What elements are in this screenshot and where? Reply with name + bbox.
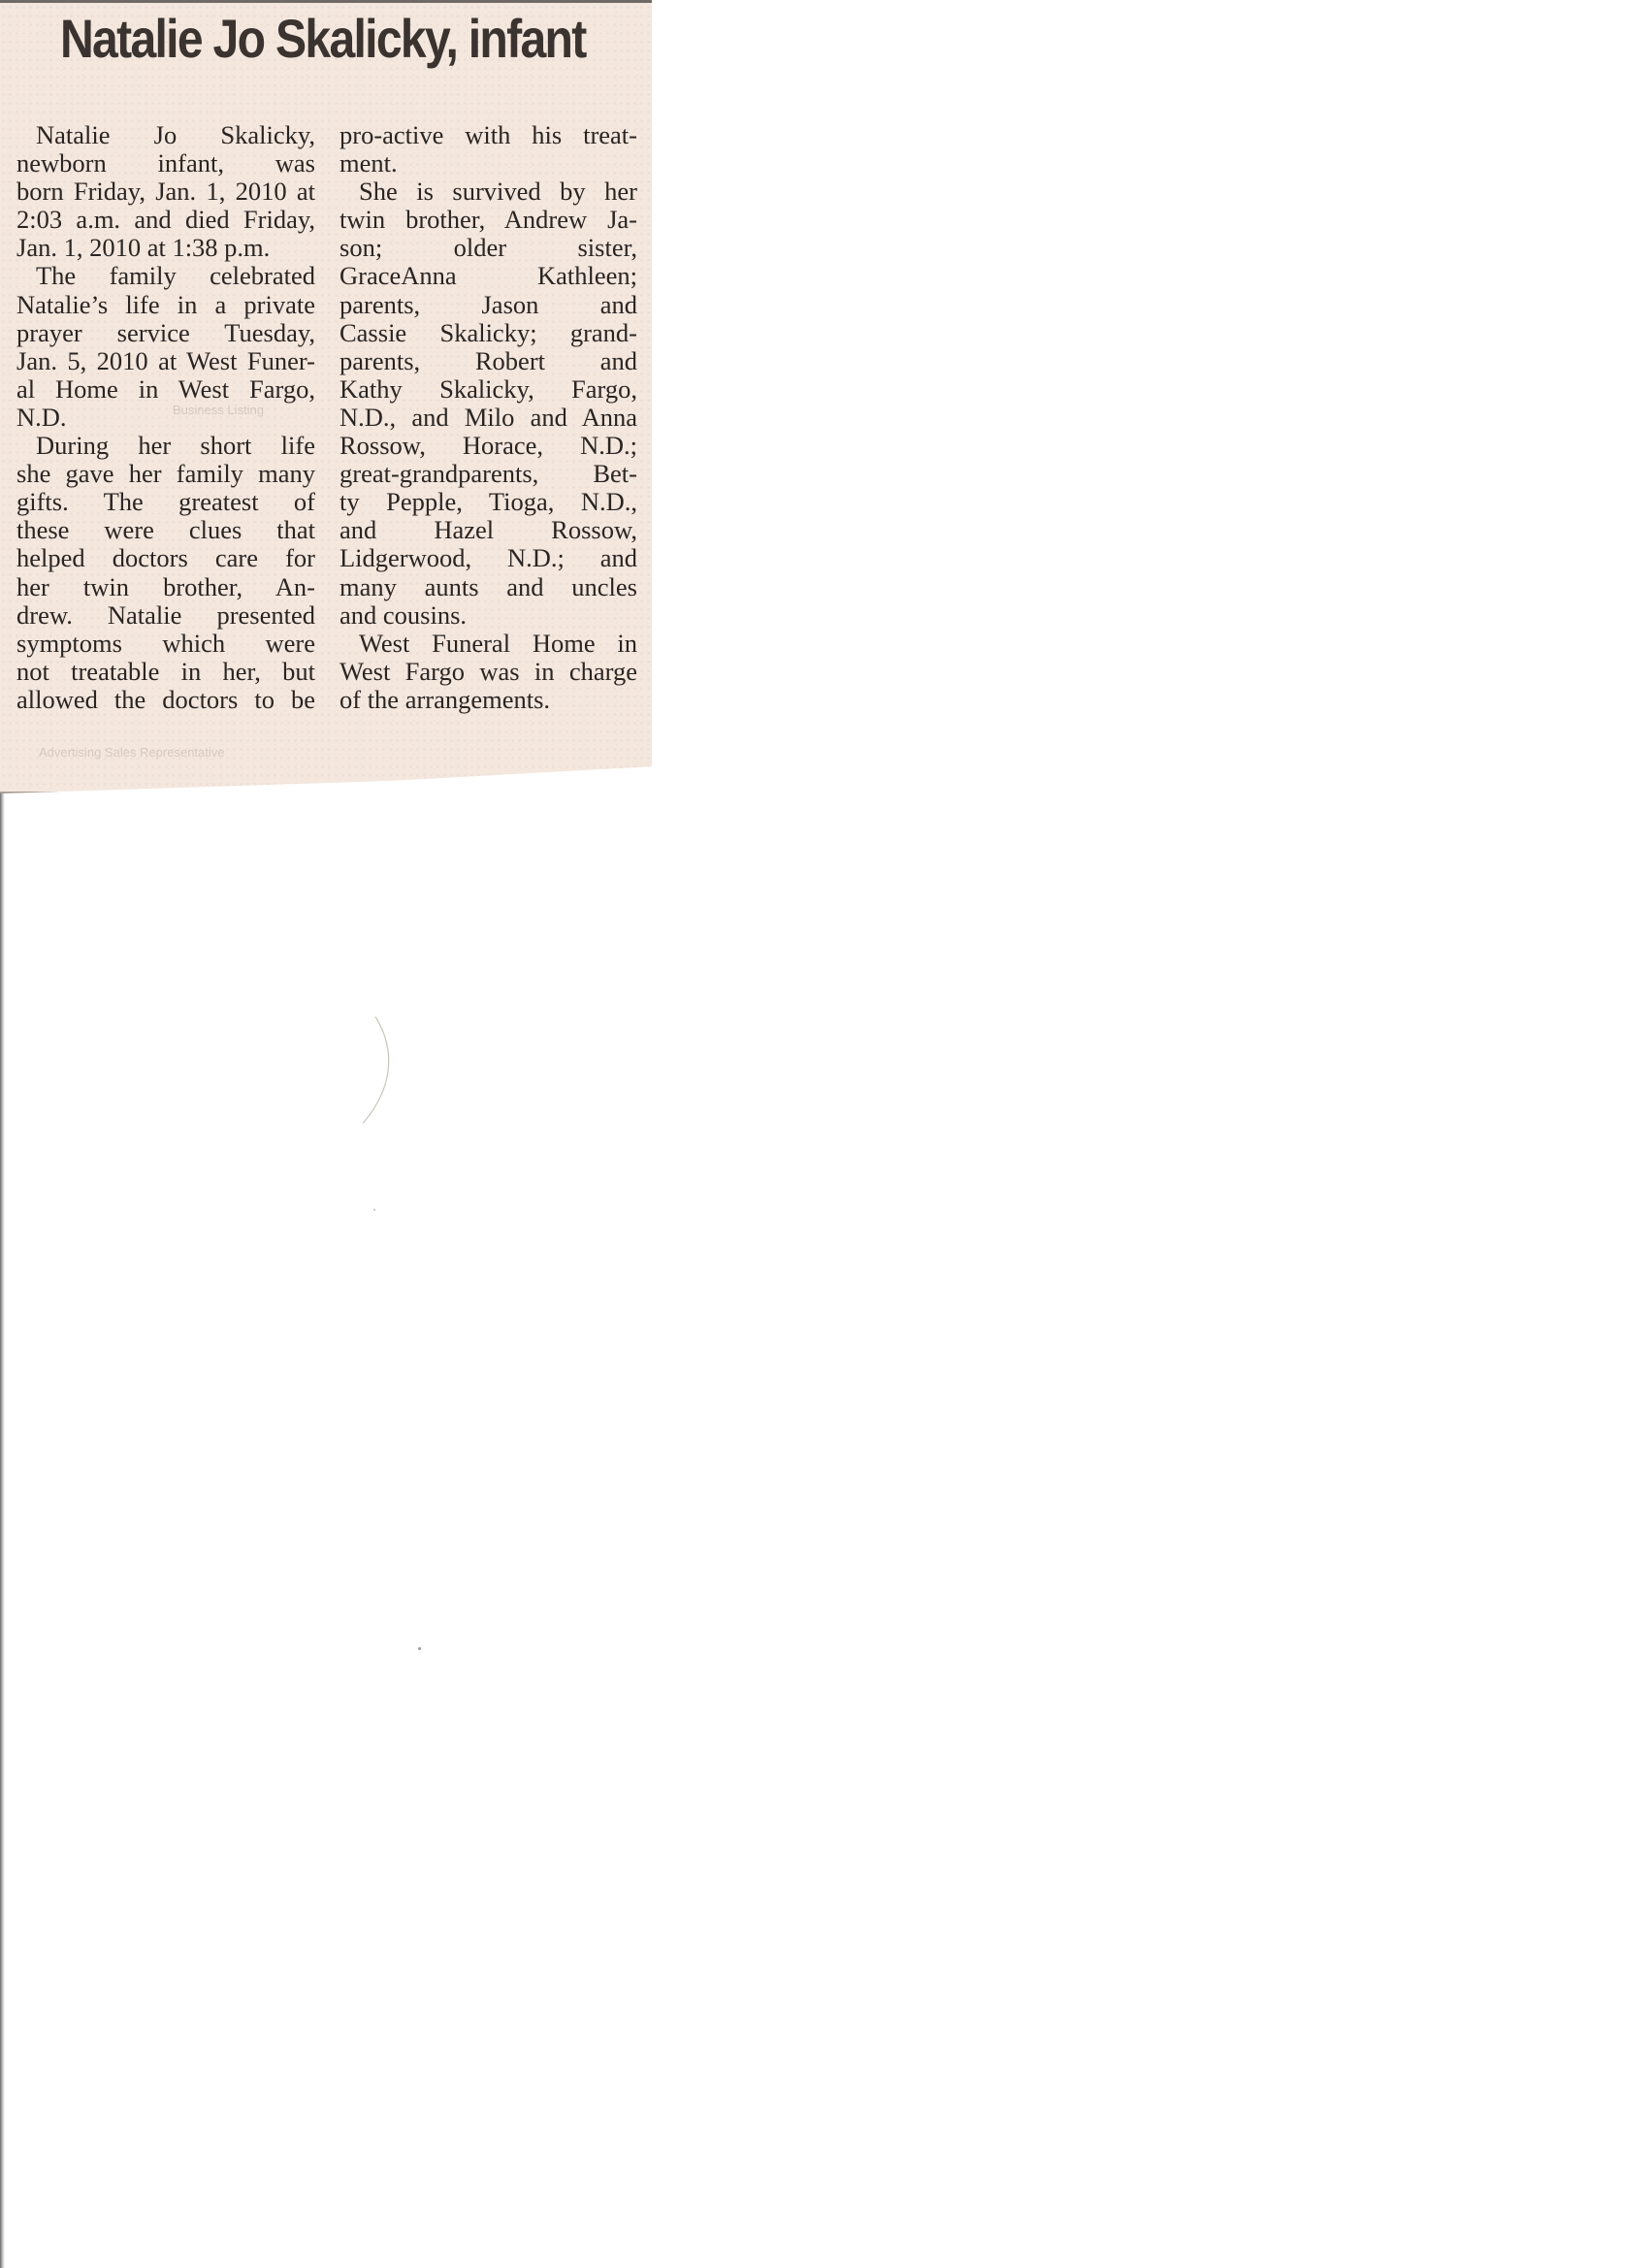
obituary-text-line: these were clues that xyxy=(16,516,315,544)
obituary-text-line: Natalie Jo Skalicky, xyxy=(16,121,315,149)
obituary-text-line: Rossow, Horace, N.D.; xyxy=(339,432,637,460)
obituary-text-line: Cassie Skalicky; grand- xyxy=(339,319,637,347)
obituary-text-line: and Hazel Rossow, xyxy=(339,516,637,544)
obituary-text-line: al Home in West Fargo, xyxy=(16,375,315,404)
obituary-text-line: West Funeral Home in xyxy=(339,630,637,658)
obituary-text-line: twin brother, Andrew Ja- xyxy=(339,206,637,234)
obituary-headline: Natalie Jo Skalicky, infant xyxy=(60,7,586,70)
obituary-text-line: newborn infant, was xyxy=(16,149,315,178)
obituary-text-line: parents, Robert and xyxy=(339,347,637,375)
obituary-text-line: of the arrangements. xyxy=(339,686,637,714)
obituary-text-line: N.D., and Milo and Anna xyxy=(339,404,637,432)
scan-artifact-arc xyxy=(351,1009,409,1125)
scan-dust-speck xyxy=(418,1647,421,1650)
obituary-text-line: N.D. xyxy=(16,404,315,432)
obituary-text-line: great-grandparents, Bet- xyxy=(339,460,637,488)
obituary-column-2: pro-active with his treat-ment.She is su… xyxy=(339,121,637,714)
obituary-text-line: GraceAnna Kathleen; xyxy=(339,262,637,290)
scanned-page: Business Listing Advertising Sales Repre… xyxy=(0,0,1649,2268)
obituary-text-line: born Friday, Jan. 1, 2010 at xyxy=(16,178,315,206)
obituary-text-line: many aunts and uncles xyxy=(339,573,637,601)
obituary-text-line: prayer service Tuesday, xyxy=(16,319,315,347)
obituary-text-line: Jan. 5, 2010 at West Funer- xyxy=(16,347,315,375)
obituary-text-line: not treatable in her, but xyxy=(16,658,315,686)
obituary-text-line: drew. Natalie presented xyxy=(16,601,315,630)
obituary-text-line: gifts. The greatest of xyxy=(16,488,315,516)
obituary-column-1: Natalie Jo Skalicky,newborn infant, wasb… xyxy=(16,121,315,714)
obituary-text-line: and cousins. xyxy=(339,601,637,630)
obituary-text-line: ment. xyxy=(339,149,637,178)
newspaper-clipping: Business Listing Advertising Sales Repre… xyxy=(0,0,652,794)
obituary-text-line: Lidgerwood, N.D.; and xyxy=(339,544,637,572)
obituary-text-line: Kathy Skalicky, Fargo, xyxy=(339,375,637,404)
obituary-text-line: West Fargo was in charge xyxy=(339,658,637,686)
obituary-text-line: pro-active with his treat- xyxy=(339,121,637,149)
obituary-text-line: parents, Jason and xyxy=(339,291,637,319)
obituary-text-line: ty Pepple, Tioga, N.D., xyxy=(339,488,637,516)
obituary-text-line: The family celebrated xyxy=(16,262,315,290)
scan-dust-speck xyxy=(373,1209,375,1211)
obituary-text-line: allowed the doctors to be xyxy=(16,686,315,714)
obituary-text-line: 2:03 a.m. and died Friday, xyxy=(16,206,315,234)
obituary-text-line: son; older sister, xyxy=(339,234,637,262)
obituary-text-line: helped doctors care for xyxy=(16,544,315,572)
obituary-text-line: Natalie’s life in a private xyxy=(16,291,315,319)
obituary-text-line: she gave her family many xyxy=(16,460,315,488)
obituary-text-line: her twin brother, An- xyxy=(16,573,315,601)
obituary-text-line: During her short life xyxy=(16,432,315,460)
bleed-through-text: Advertising Sales Representative xyxy=(39,745,225,760)
obituary-text-line: Jan. 1, 2010 at 1:38 p.m. xyxy=(16,234,315,262)
obituary-text-line: She is survived by her xyxy=(339,178,637,206)
scan-edge-shadow xyxy=(0,794,5,2268)
obituary-text-line: symptoms which were xyxy=(16,630,315,658)
